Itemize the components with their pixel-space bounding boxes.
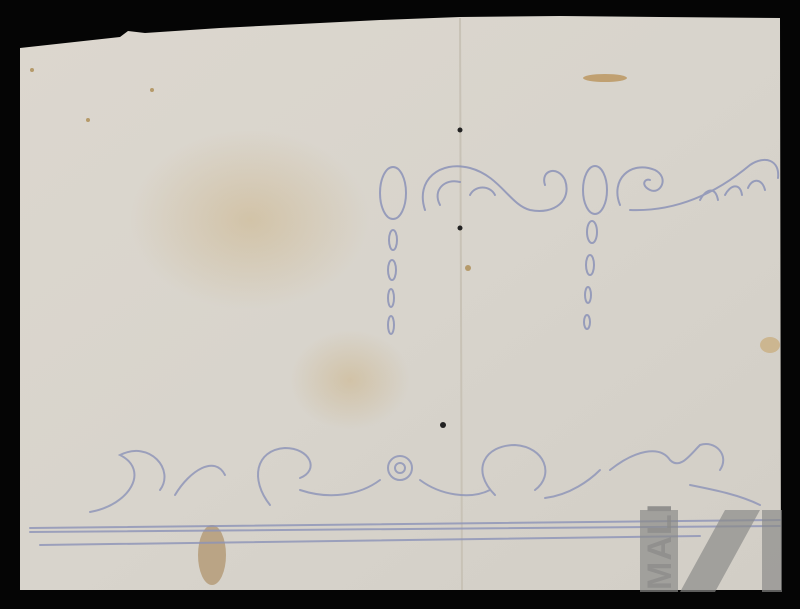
watermark-text: MALI — [641, 503, 679, 590]
stain — [130, 130, 370, 310]
sketch-canvas: MALI — [0, 0, 800, 609]
stain — [290, 330, 410, 430]
stain — [583, 74, 627, 82]
artwork-photo: MALI — [0, 0, 800, 609]
stain — [760, 337, 780, 353]
stain — [198, 525, 226, 585]
